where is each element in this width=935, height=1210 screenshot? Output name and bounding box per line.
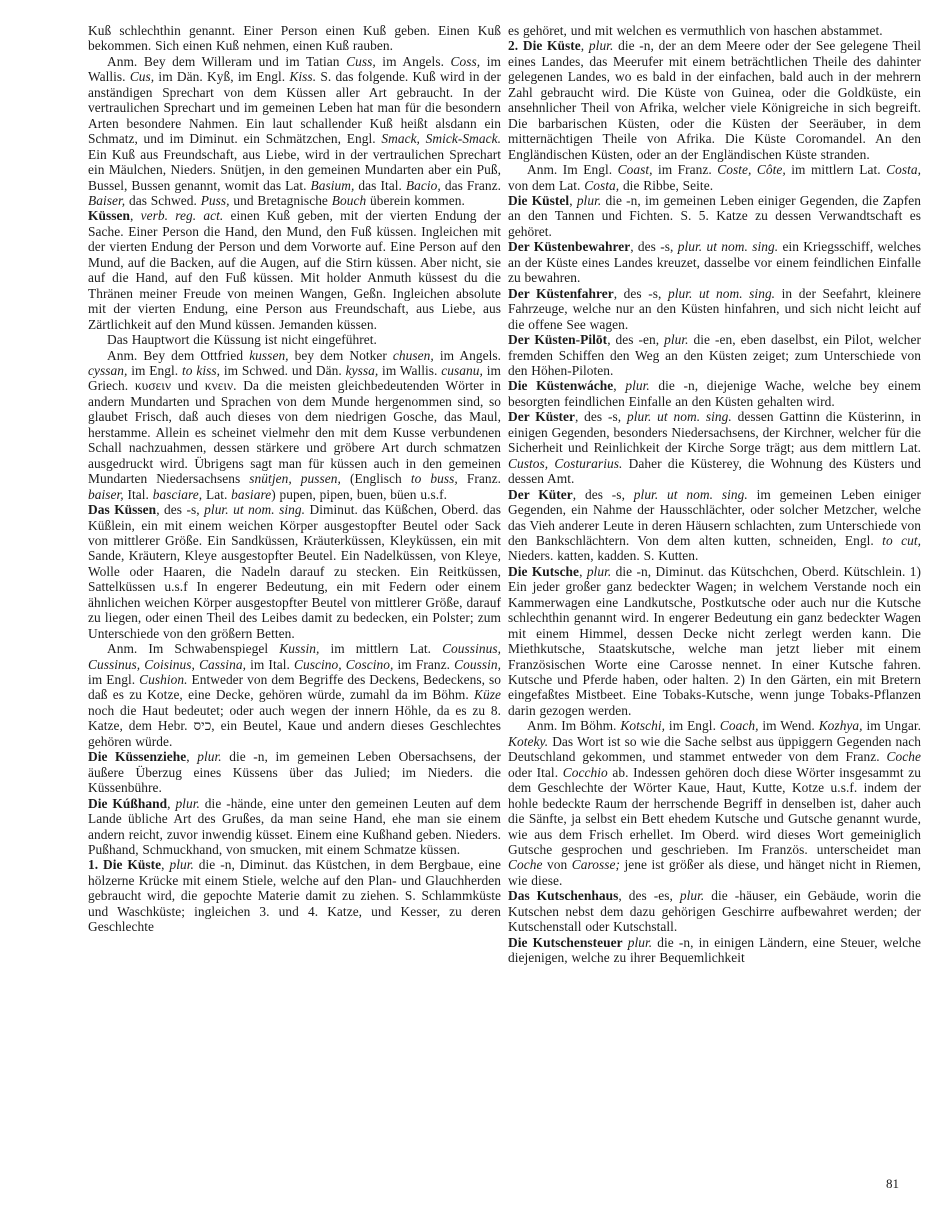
headword: Das Kutschenhaus (508, 888, 618, 903)
foreign-term: cusanu, (441, 363, 483, 378)
text-run: im Wallis. (378, 363, 441, 378)
text-run: im mittlern Lat. (786, 162, 886, 177)
text-run: ) pupen, pipen, buen, büen u.s.f. (271, 487, 447, 502)
dictionary-page: Kuß schlechthin genannt. Einer Person ei… (0, 0, 935, 1210)
foreign-term: to kiss, (182, 363, 220, 378)
dictionary-paragraph: Die Kutsche, plur. die -n, Diminut. das … (508, 564, 921, 719)
foreign-term: cyssan, (88, 363, 127, 378)
foreign-term: Coste, Côte, (717, 162, 786, 177)
text-run: , des -s, (156, 502, 204, 517)
left-column: Kuß schlechthin genannt. Einer Person ei… (88, 23, 501, 935)
text-run: das Schwed. (125, 193, 201, 208)
headword: Die Küstel (508, 193, 569, 208)
headword: Die Küssenziehe (88, 749, 186, 764)
foreign-term: chusen, (393, 348, 434, 363)
foreign-term: Kotschi, (620, 718, 665, 733)
foreign-term: Koteky. (508, 734, 548, 749)
foreign-term: Coast, (618, 162, 653, 177)
text-run: Ital. (124, 487, 153, 502)
text-run: die Ribbe, Seite. (619, 178, 713, 193)
dictionary-paragraph: Anm. Bey dem Willeram und im Tatian Cuss… (88, 54, 501, 209)
text-run: im Ital. (246, 657, 294, 672)
foreign-term: to buss, (411, 471, 458, 486)
text-run: im Angels. (434, 348, 501, 363)
text-run: im Engl. (88, 672, 139, 687)
text-run: bey dem Notker (289, 348, 393, 363)
dictionary-paragraph: Der Küstenfahrer, des -s, plur. ut nom. … (508, 286, 921, 332)
text-run: Das Hauptwort die Küssung ist nicht eing… (107, 332, 377, 347)
text-run: einen Kuß geben, mit der vierten Endung … (88, 208, 501, 331)
text-run: , des -en, (607, 332, 664, 347)
text-run: im Franz. (393, 657, 454, 672)
text-run: die -n, der an dem Meere oder der See ge… (508, 38, 921, 161)
text-run: noch die Haut bedeutet; oder auch wegen … (88, 703, 501, 749)
headword: 1. Die Küste (88, 857, 161, 872)
dictionary-paragraph: Anm. Im Schwabenspiegel Kussin, im mittl… (88, 641, 501, 749)
text-run: , des -s, (630, 239, 678, 254)
text-run: Lat. (202, 487, 231, 502)
headword: Der Küter (508, 487, 573, 502)
foreign-term: basiare (231, 487, 271, 502)
foreign-term: to cut, (882, 533, 921, 548)
text-run: , des -s, (573, 487, 634, 502)
text-run: Kuß schlechthin genannt. Einer Person ei… (88, 23, 501, 53)
foreign-term: plur. (587, 564, 611, 579)
foreign-term: Costa, (886, 162, 921, 177)
text-run: , (579, 564, 587, 579)
headword: Die Kúßhand (88, 796, 167, 811)
foreign-term: Kozhya, (819, 718, 863, 733)
foreign-term: Coussin, (454, 657, 501, 672)
text-run: von (542, 857, 571, 872)
text-run: Das Wort ist so wie die Sache selbst aus… (508, 734, 921, 764)
foreign-term: Costa, (584, 178, 619, 193)
foreign-term: plur. ut nom. sing. (204, 502, 305, 517)
foreign-term: plur. ut nom. sing. (678, 239, 778, 254)
foreign-term: baiser, (88, 487, 124, 502)
foreign-term: kussen, (249, 348, 288, 363)
foreign-term: Cus, (130, 69, 154, 84)
dictionary-paragraph: Kuß schlechthin genannt. Einer Person ei… (88, 23, 501, 54)
dictionary-paragraph: Anm. Bey dem Ottfried kussen, bey dem No… (88, 348, 501, 503)
foreign-term: Baiser, (88, 193, 125, 208)
foreign-term: plur. (680, 888, 704, 903)
headword: Der Küsten-Pilōt (508, 332, 607, 347)
text-run: , (613, 378, 625, 393)
foreign-term: plur. (589, 38, 613, 53)
text-run: Anm. Bey dem Willeram und im Tatian (107, 54, 346, 69)
page-number: 81 (886, 1176, 899, 1192)
text-run: im Engl. (665, 718, 720, 733)
dictionary-paragraph: es gehöret, und mit welchen es vermuthli… (508, 23, 921, 38)
dictionary-paragraph: Die Kutschensteuer plur. die -n, in eini… (508, 935, 921, 966)
foreign-term: Bouch (332, 193, 366, 208)
foreign-term: plur. (197, 749, 221, 764)
foreign-term: Carosse; (572, 857, 620, 872)
dictionary-paragraph: Die Küstenwáche, plur. die -n, diejenige… (508, 378, 921, 409)
text-run: Nieders. katten, kadden. S. Kutten. (508, 548, 698, 563)
foreign-term: plur. ut nom. sing. (668, 286, 775, 301)
text-run: , des -s, (614, 286, 668, 301)
text-run: Anm. Im Schwabenspiegel (107, 641, 279, 656)
foreign-term: Coche (887, 749, 921, 764)
headword: Der Küster (508, 409, 575, 424)
text-run: , des -s, (575, 409, 627, 424)
foreign-term: plur. (625, 378, 649, 393)
dictionary-paragraph: Anm. Im Engl. Coast, im Franz. Coste, Cô… (508, 162, 921, 193)
dictionary-paragraph: 2. Die Küste, plur. die -n, der an dem M… (508, 38, 921, 162)
text-run: im Franz. (653, 162, 718, 177)
text-run: im Angels. (376, 54, 451, 69)
text-run: von dem Lat. (508, 178, 584, 193)
text-run: es gehöret, und mit welchen es vermuthli… (508, 23, 883, 38)
text-run: überein kommen. (366, 193, 465, 208)
foreign-term: plur. (628, 935, 652, 950)
text-run: im Dän. Kyß, im Engl. (154, 69, 289, 84)
text-run: Anm. Bey dem Ottfried (107, 348, 249, 363)
headword: Küssen (88, 208, 130, 223)
foreign-term: Basium, (311, 178, 355, 193)
text-run: das Ital. (354, 178, 406, 193)
dictionary-paragraph: Das Hauptwort die Küssung ist nicht eing… (88, 332, 501, 347)
dictionary-paragraph: Anm. Im Böhm. Kotschi, im Engl. Coach, i… (508, 718, 921, 888)
text-run: das Franz. (441, 178, 501, 193)
text-run: und Bretagnische (230, 193, 332, 208)
foreign-term: Cocchio (563, 765, 608, 780)
foreign-term: Cushion. (139, 672, 187, 687)
foreign-term: Kiss. (289, 69, 316, 84)
foreign-term: Puss, (201, 193, 230, 208)
text-run: im Ungar. (863, 718, 921, 733)
headword: Die Kutschensteuer (508, 935, 623, 950)
text-run: (Englisch (341, 471, 411, 486)
headword: Das Küssen (88, 502, 156, 517)
foreign-term: Coss, (451, 54, 481, 69)
foreign-term: Cuss, (346, 54, 376, 69)
foreign-term: Custos, Costurarius. (508, 456, 622, 471)
text-run: die -n, Diminut. das Kütschchen, Oberd. … (508, 564, 921, 718)
foreign-term: kyssa, (346, 363, 379, 378)
dictionary-paragraph: Küssen, verb. reg. act. einen Kuß geben,… (88, 208, 501, 332)
foreign-term: plur. (664, 332, 688, 347)
foreign-term: Kussin, (279, 641, 319, 656)
dictionary-paragraph: Das Küssen, des -s, plur. ut nom. sing. … (88, 502, 501, 641)
headword: Die Küstenwáche (508, 378, 613, 393)
foreign-term: Küze (474, 687, 501, 702)
right-column: es gehöret, und mit welchen es vermuthli… (508, 23, 921, 966)
text-run: Anm. Im Böhm. (527, 718, 620, 733)
headword: Der Küstenfahrer (508, 286, 614, 301)
foreign-term: Cuscino, Coscino, (294, 657, 393, 672)
foreign-term: plur. (169, 857, 193, 872)
text-run: Anm. Im Engl. (527, 162, 618, 177)
dictionary-paragraph: Die Kúßhand, plur. die -hände, eine unte… (88, 796, 501, 858)
dictionary-paragraph: 1. Die Küste, plur. die -n, Diminut. das… (88, 857, 501, 934)
text-run: im Wend. (758, 718, 818, 733)
dictionary-paragraph: Der Küsten-Pilōt, des -en, plur. die -en… (508, 332, 921, 378)
text-run: , (186, 749, 197, 764)
foreign-term: plur. (577, 193, 601, 208)
foreign-term: Coche (508, 857, 542, 872)
dictionary-paragraph: Der Küstenbewahrer, des -s, plur. ut nom… (508, 239, 921, 285)
text-run: , (569, 193, 577, 208)
dictionary-paragraph: Die Küssenziehe, plur. die -n, im gemein… (88, 749, 501, 795)
headword: Der Küstenbewahrer (508, 239, 630, 254)
text-run: oder Ital. (508, 765, 563, 780)
text-run: im mittlern Lat. (319, 641, 442, 656)
text-run: im Engl. (127, 363, 182, 378)
text-run: , (581, 38, 589, 53)
text-run: Diminut. das Küßchen, Oberd. das Küßlein… (88, 502, 501, 641)
text-run: , (130, 208, 141, 223)
dictionary-paragraph: Der Küter, des -s, plur. ut nom. sing. i… (508, 487, 921, 564)
foreign-term: basciare, (153, 487, 202, 502)
text-run: im Schwed. und Dän. (220, 363, 346, 378)
headword: 2. Die Küste (508, 38, 581, 53)
foreign-term: snütjen, pussen, (249, 471, 341, 486)
dictionary-paragraph: Der Küster, des -s, plur. ut nom. sing. … (508, 409, 921, 486)
dictionary-paragraph: Die Küstel, plur. die -n, im gemeinen Le… (508, 193, 921, 239)
foreign-term: Coach, (720, 718, 759, 733)
foreign-term: plur. ut nom. sing. (634, 487, 748, 502)
foreign-term: plur. (175, 796, 199, 811)
foreign-term: plur. ut nom. sing. (627, 409, 732, 424)
foreign-term: verb. reg. act. (141, 208, 224, 223)
foreign-term: Bacio, (406, 178, 441, 193)
foreign-term: Smack, Smick-Smack. (381, 131, 501, 146)
text-run: Franz. (458, 471, 501, 486)
text-run: im Griech. κυσειν und κνειν. Da die meis… (88, 363, 501, 486)
headword: Die Kutsche (508, 564, 579, 579)
text-run: , des -es, (618, 888, 679, 903)
dictionary-paragraph: Das Kutschenhaus, des -es, plur. die -hä… (508, 888, 921, 934)
